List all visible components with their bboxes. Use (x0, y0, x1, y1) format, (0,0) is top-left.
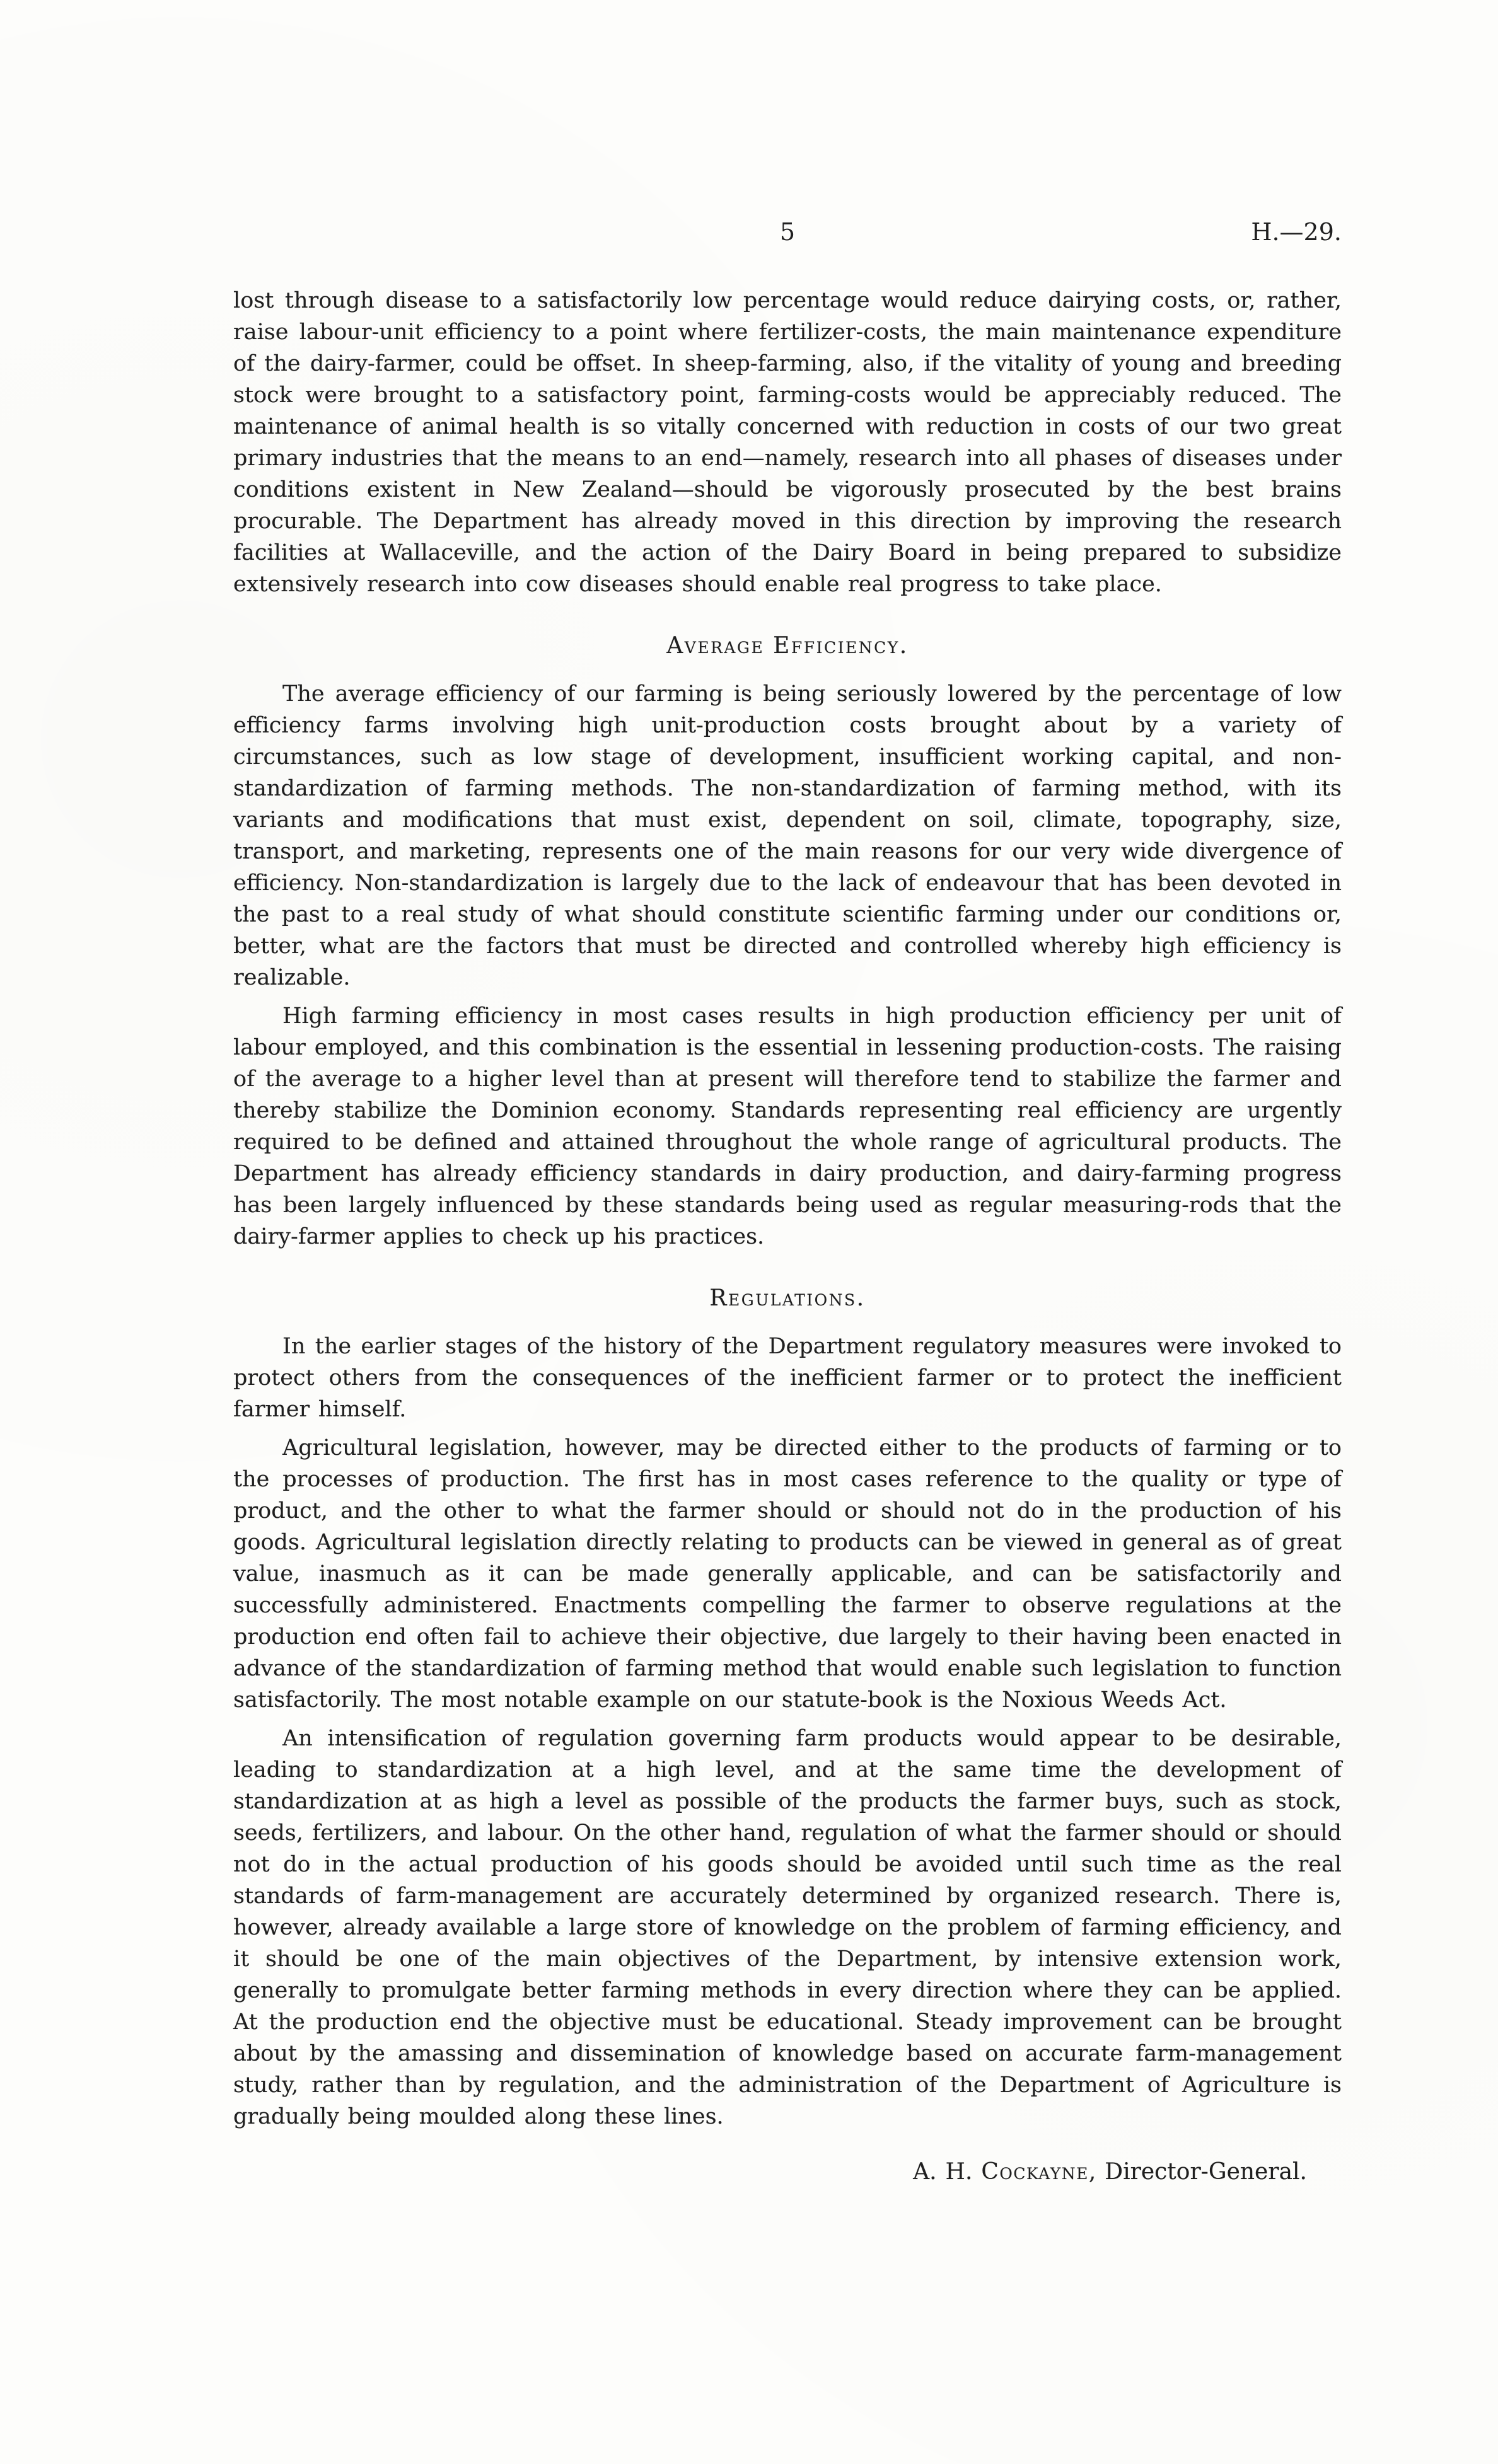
signature-title: , Director-General. (1089, 2159, 1307, 2185)
signature-line: A. H. Cockayne, Director-General. (233, 2156, 1342, 2188)
paragraph-average-efficiency-1: The average efficiency of our farming is… (233, 678, 1342, 993)
section-heading-regulations: Regulations. (233, 1283, 1342, 1314)
document-page: 5 H.—29. lost through disease to a satis… (0, 0, 1498, 2464)
document-reference: H.—29. (1251, 216, 1342, 248)
section-heading-average-efficiency: Average Efficiency. (233, 630, 1342, 662)
paragraph-continuation: lost through disease to a satisfactorily… (233, 285, 1342, 600)
page-header: 5 H.—29. (233, 216, 1342, 248)
page-number: 5 (780, 216, 795, 248)
paragraph-regulations-1: In the earlier stages of the history of … (233, 1331, 1342, 1425)
signature-prefix: A. H. (913, 2159, 981, 2185)
signature-name: Cockayne (981, 2159, 1089, 2185)
paragraph-regulations-2: Agricultural legislation, however, may b… (233, 1432, 1342, 1716)
document-body: lost through disease to a satisfactorily… (233, 285, 1342, 2188)
paragraph-average-efficiency-2: High farming efficiency in most cases re… (233, 1000, 1342, 1252)
paragraph-regulations-3: An intensification of regulation governi… (233, 1723, 1342, 2132)
